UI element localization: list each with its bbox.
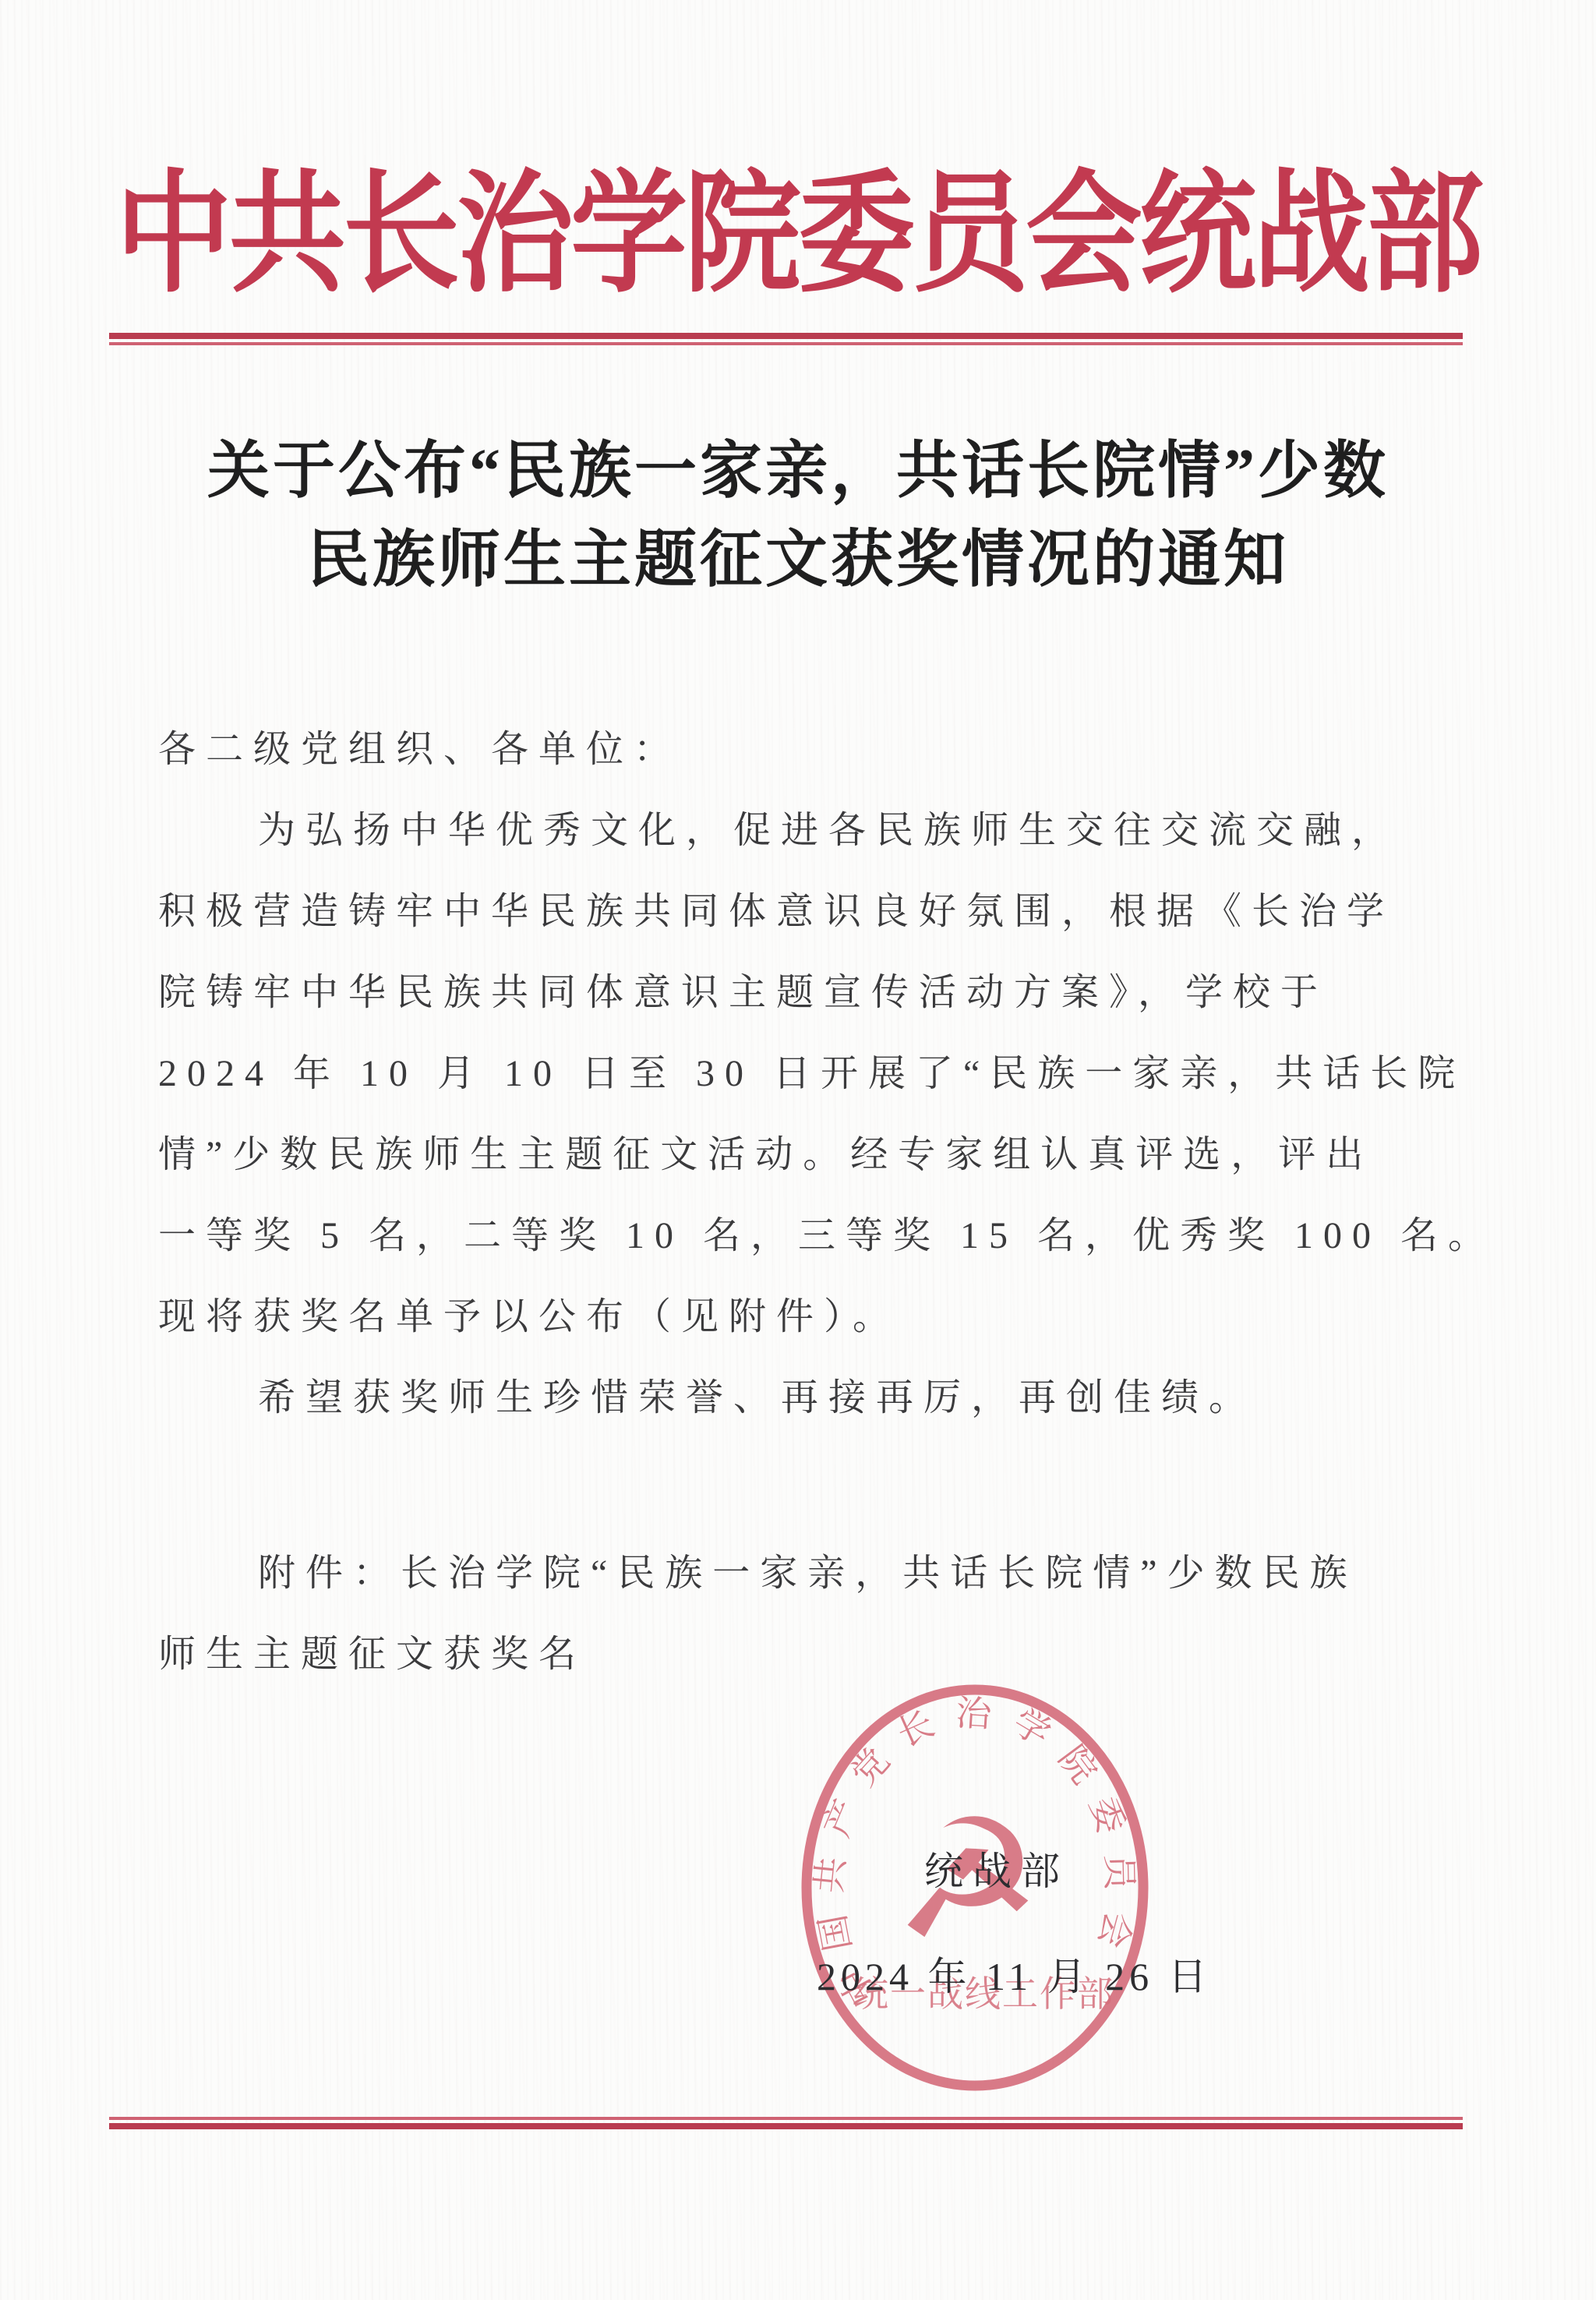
document-title: 关于公布“民族一家亲，共话长院情”少数 民族师生主题征文获奖情况的通知 <box>0 427 1596 605</box>
letterhead-org-name: 中共长治学院委员会统战部 <box>0 134 1596 337</box>
signature-department: 统战部 <box>924 1848 1069 1895</box>
attachment-note: 附件：长治学院“民族一家亲，共话长院情”少数民族 师生主题征文获奖名 <box>158 1533 1467 1695</box>
signature-date: 2024 年 11 月 26 日 <box>817 1953 1212 2000</box>
body-text: 各二级党组织、各单位： 为弘扬中华优秀文化，促进各民族师生交往交流交融， 积极营… <box>158 709 1467 1439</box>
title-line-2: 民族师生主题征文获奖情况的通知 <box>0 516 1596 605</box>
attachment-line: 附件：长治学院“民族一家亲，共话长院情”少数民族 <box>158 1533 1467 1614</box>
document-page: 中共长治学院委员会统战部 关于公布“民族一家亲，共话长院情”少数 民族师生主题征… <box>0 0 1596 2300</box>
body-line: 积极营造铸牢中华民族共同体意识良好氛围，根据《长治学 <box>158 871 1467 952</box>
title-line-1: 关于公布“民族一家亲，共话长院情”少数 <box>0 427 1596 516</box>
body-line: 一等奖 5 名，二等奖 10 名，三等奖 15 名，优秀奖 100 名。 <box>158 1196 1467 1277</box>
letterhead-rule-thick <box>109 333 1463 339</box>
body-line: 为弘扬中华优秀文化，促进各民族师生交往交流交融， <box>158 790 1467 871</box>
body-line: 现将获奖名单予以公布（见附件）。 <box>158 1277 1467 1358</box>
letterhead-rule-thin <box>109 342 1463 345</box>
body-line: 情”少数民族师生主题征文活动。经专家组认真评选，评出 <box>158 1115 1467 1196</box>
body-line: 院铸牢中华民族共同体意识主题宣传活动方案》，学校于 <box>158 952 1467 1033</box>
salutation-line: 各二级党组织、各单位： <box>158 709 1467 790</box>
body-line: 希望获奖师生珍惜荣誉、再接再厉，再创佳绩。 <box>158 1358 1467 1439</box>
footer-rule-thin <box>109 2117 1463 2120</box>
footer-rule-thick <box>109 2123 1463 2129</box>
body-line: 2024 年 10 月 10 日至 30 日开展了“民族一家亲，共话长院 <box>158 1033 1467 1115</box>
